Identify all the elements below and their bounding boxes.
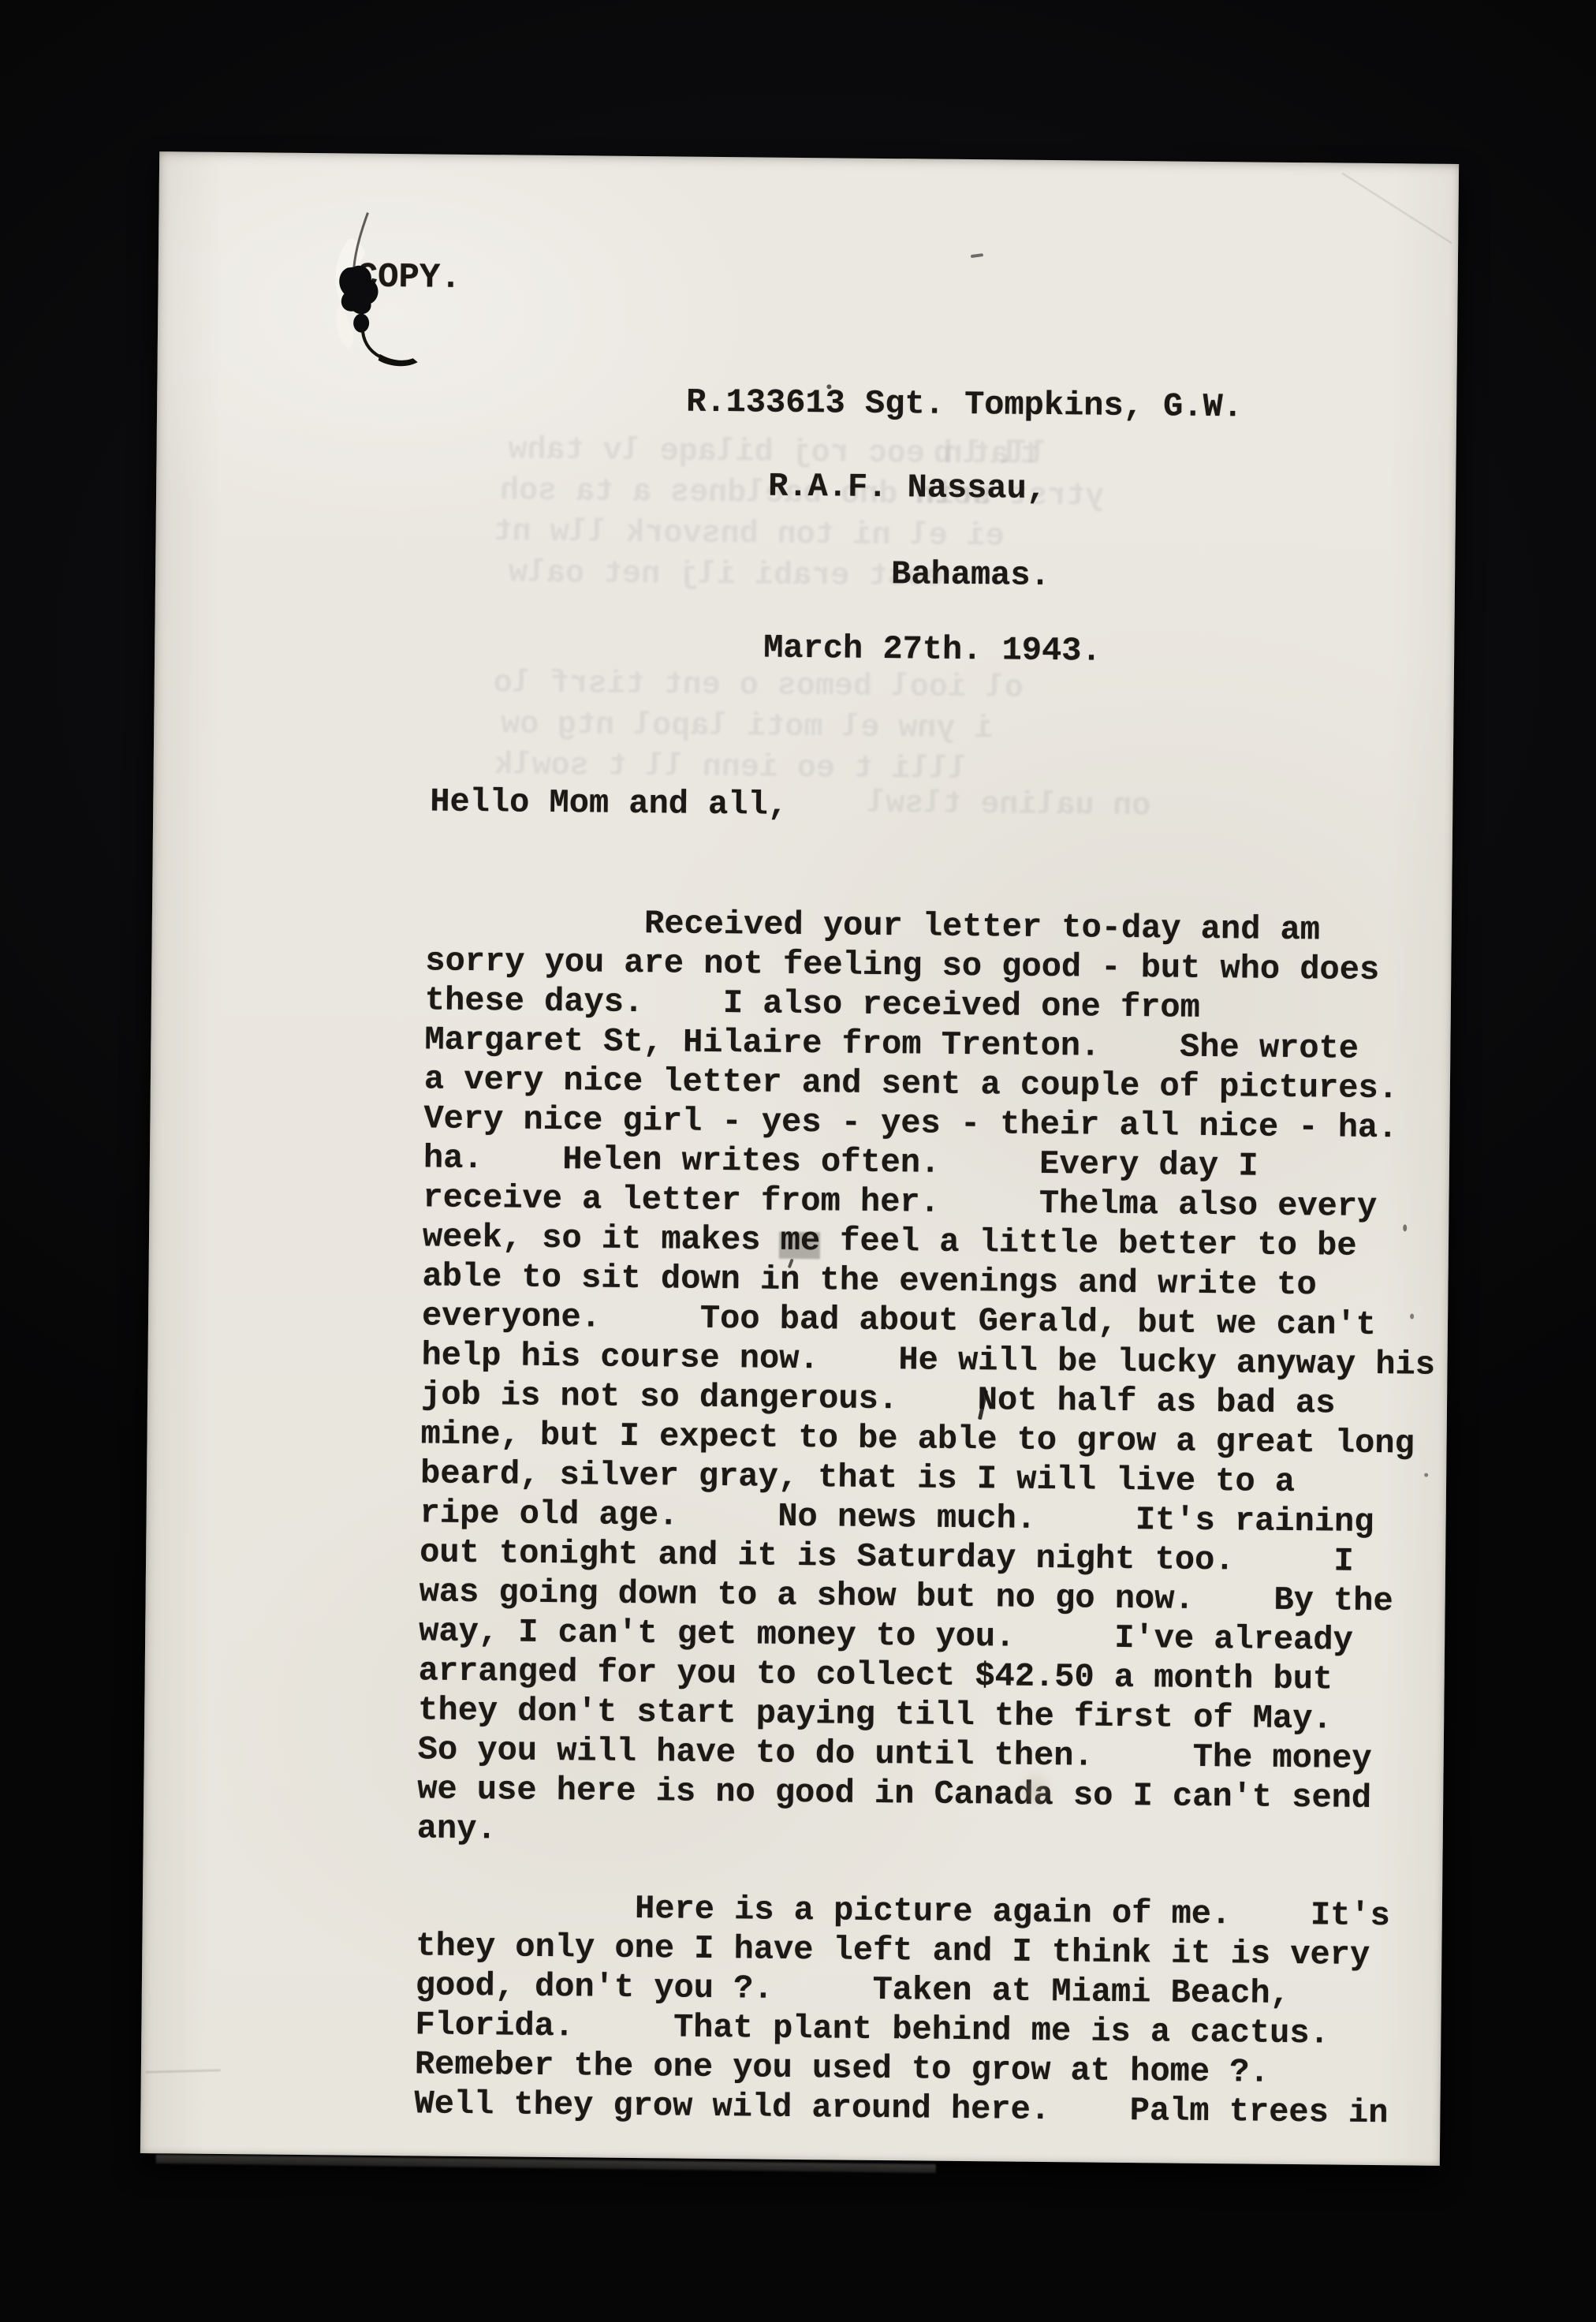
header-date: March 27th. 1943. bbox=[763, 629, 1102, 671]
bleed-through-line: ei el ni ton bnsvork llw nt bbox=[493, 514, 1005, 554]
header-territory: Bahamas. bbox=[891, 554, 1050, 595]
paper-smudge bbox=[1017, 1769, 1053, 1810]
bleed-through-line: ol iool bemos o ent tisrf lo bbox=[494, 666, 1024, 706]
ink-speck bbox=[826, 384, 831, 389]
bleed-through-line: eost erabi ilj net oalw bbox=[509, 555, 945, 595]
overstruck-word-shading bbox=[779, 1232, 820, 1259]
bleed-through-line: llli t eo ienn ll t sowlk bbox=[494, 748, 968, 788]
ink-speck bbox=[1410, 1313, 1414, 1319]
header-service-number: R.133613 Sgt. Tompkins, G.W. bbox=[686, 383, 1243, 427]
bleed-through-line: on ualine tlswl bbox=[867, 786, 1150, 824]
ink-speck bbox=[1424, 1473, 1428, 1477]
tear-tail-line bbox=[363, 332, 385, 359]
ink-blot bbox=[353, 314, 369, 333]
ink-blot bbox=[339, 266, 378, 315]
body-paragraph-1: Received your letter to-day and amsorry … bbox=[417, 902, 1440, 1857]
tear-hook-flap bbox=[378, 354, 418, 367]
salutation: Hello Mom and all, bbox=[430, 782, 788, 824]
letter-page: tl ln eoc roj bilaqe lv tahwsrin dno bae… bbox=[140, 151, 1459, 2166]
bleed-through-line: i ynw el moti lapol ntg ow bbox=[501, 707, 994, 747]
paper-tear-ink-blot bbox=[292, 192, 498, 375]
ink-speck bbox=[1403, 1224, 1407, 1231]
header-station: R.A.F. Nassau, bbox=[768, 467, 1046, 509]
body-paragraph-2: Here is a picture again of me. It'sthey … bbox=[414, 1887, 1390, 2133]
scan-background: tl ln eoc roj bilaqe lv tahwsrin dno bae… bbox=[0, 0, 1596, 2322]
